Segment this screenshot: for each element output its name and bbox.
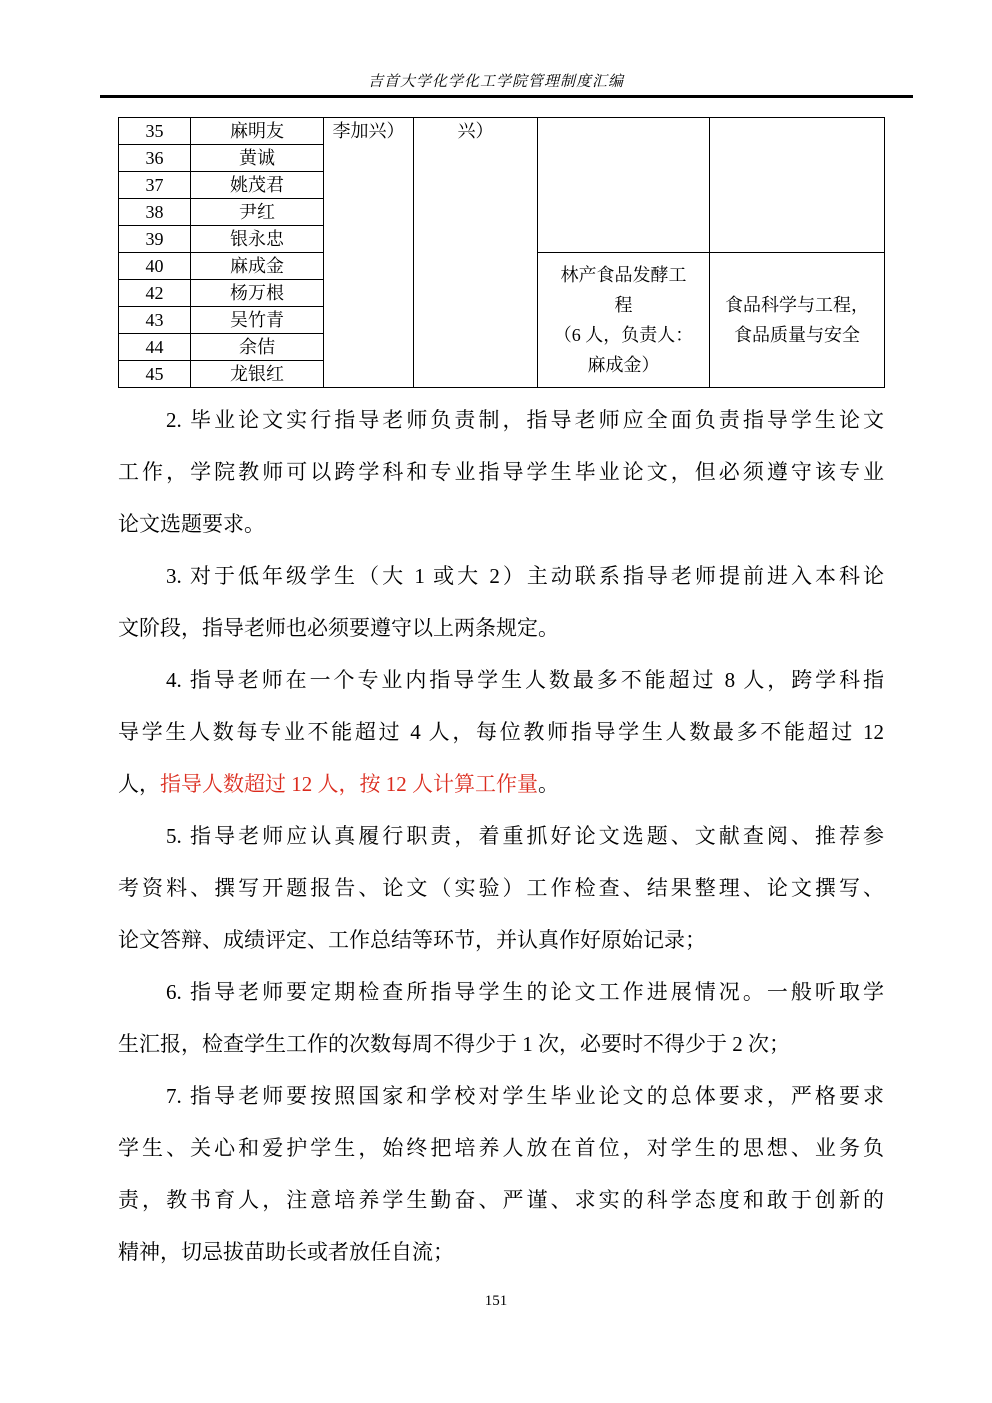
paragraph-7-line-3: 责，教书育人，注意培养学生勤奋、严谨、求实的科学态度和敢于创新的	[118, 1174, 884, 1226]
project-cell: 林产食品发酵工 程 （6 人，负责人： 麻成金）	[538, 253, 710, 388]
table-row: 35麻明友李加兴）兴）	[119, 118, 885, 145]
paragraph-2-line-1: 2. 毕业论文实行指导老师负责制，指导老师应全面负责指导学生论文	[118, 394, 884, 446]
row-number-cell: 35	[119, 118, 191, 145]
row-number-cell: 44	[119, 334, 191, 361]
page-header-title: 吉首大学化学化工学院管理制度汇编	[0, 70, 992, 91]
text-segment: 4. 指导老师在一个专业内指导学生人数最多不能超过 8 人，跨学科指	[166, 668, 884, 692]
major-cell-empty	[710, 118, 885, 253]
paragraph-2-line-2: 工作，学院教师可以跨学科和专业指导学生毕业论文，但必须遵守该专业	[118, 446, 884, 498]
paragraph-3-line-1: 3. 对于低年级学生（大 1 或大 2）主动联系指导老师提前进入本科论	[118, 550, 884, 602]
text-segment: 责，教书育人，注意培养学生勤奋、严谨、求实的科学态度和敢于创新的	[118, 1188, 884, 1212]
text-segment: 7. 指导老师要按照国家和学校对学生毕业论文的总体要求，严格要求	[166, 1084, 884, 1108]
teacher-name-cell: 吴竹青	[191, 307, 324, 334]
paragraph-5-line-2: 考资料、撰写开题报告、论文（实验）工作检查、结果整理、论文撰写、	[118, 862, 884, 914]
row-number-cell: 36	[119, 145, 191, 172]
paragraph-3-line-2: 文阶段，指导老师也必须要遵守以上两条规定。	[118, 602, 884, 654]
text-segment: 考资料、撰写开题报告、论文（实验）工作检查、结果整理、论文撰写、	[118, 876, 884, 900]
paragraph-5-line-1: 5. 指导老师应认真履行职责，着重抓好论文选题、文献查阅、推荐参	[118, 810, 884, 862]
faculty-table: 35麻明友李加兴）兴）36黄诚37姚茂君38尹红39银永忠40麻成金林产食品发酵…	[118, 117, 885, 388]
teacher-name-cell: 余佶	[191, 334, 324, 361]
row-number-cell: 45	[119, 361, 191, 388]
text-segment: 导学生人数每专业不能超过 4 人，每位教师指导学生人数最多不能超过 12	[118, 720, 884, 744]
teacher-name-cell: 龙银红	[191, 361, 324, 388]
paragraph-2-line-3: 论文选题要求。	[118, 498, 884, 550]
red-emphasis-text: 指导人数超过 12 人，按 12 人计算工作量	[160, 772, 538, 796]
group-leader-continued-cell: 兴）	[414, 118, 538, 388]
paragraph-7-line-4: 精神，切忌拔苗助长或者放任自流；	[118, 1226, 884, 1278]
paragraph-6-line-1: 6. 指导老师要定期检查所指导学生的论文工作进展情况。一般听取学	[118, 966, 884, 1018]
teacher-name-cell: 黄诚	[191, 145, 324, 172]
row-number-cell: 42	[119, 280, 191, 307]
teacher-name-cell: 麻明友	[191, 118, 324, 145]
text-segment: 。	[538, 772, 559, 796]
text-segment: 文阶段，指导老师也必须要遵守以上两条规定。	[118, 616, 559, 640]
header-rule	[100, 95, 913, 98]
page-number: 151	[0, 1293, 992, 1310]
paragraph-7-line-1: 7. 指导老师要按照国家和学校对学生毕业论文的总体要求，严格要求	[118, 1070, 884, 1122]
faculty-table-body: 35麻明友李加兴）兴）36黄诚37姚茂君38尹红39银永忠40麻成金林产食品发酵…	[119, 118, 885, 388]
teacher-name-cell: 姚茂君	[191, 172, 324, 199]
text-segment: 人，	[118, 772, 160, 796]
teacher-name-cell: 尹红	[191, 199, 324, 226]
body-text: 2. 毕业论文实行指导老师负责制，指导老师应全面负责指导学生论文工作，学院教师可…	[118, 394, 884, 1278]
text-segment: 5. 指导老师应认真履行职责，着重抓好论文选题、文献查阅、推荐参	[166, 824, 884, 848]
teacher-name-cell: 麻成金	[191, 253, 324, 280]
text-segment: 论文答辩、成绩评定、工作总结等环节，并认真作好原始记录；	[118, 928, 706, 952]
row-number-cell: 37	[119, 172, 191, 199]
text-segment: 生汇报，检查学生工作的次数每周不得少于 1 次，必要时不得少于 2 次；	[118, 1032, 790, 1056]
paragraph-5-line-3: 论文答辩、成绩评定、工作总结等环节，并认真作好原始记录；	[118, 914, 884, 966]
paragraph-6-line-2: 生汇报，检查学生工作的次数每周不得少于 1 次，必要时不得少于 2 次；	[118, 1018, 884, 1070]
row-number-cell: 43	[119, 307, 191, 334]
teacher-name-cell: 银永忠	[191, 226, 324, 253]
row-number-cell: 38	[119, 199, 191, 226]
document-page: 吉首大学化学化工学院管理制度汇编 35麻明友李加兴）兴）36黄诚37姚茂君38尹…	[0, 0, 992, 1403]
text-segment: 精神，切忌拔苗助长或者放任自流；	[118, 1240, 454, 1264]
paragraph-4-line-2: 导学生人数每专业不能超过 4 人，每位教师指导学生人数最多不能超过 12	[118, 706, 884, 758]
text-segment: 论文选题要求。	[118, 512, 265, 536]
text-segment: 2. 毕业论文实行指导老师负责制，指导老师应全面负责指导学生论文	[166, 408, 884, 432]
major-cell: 食品科学与工程， 食品质量与安全	[710, 253, 885, 388]
row-number-cell: 40	[119, 253, 191, 280]
paragraph-7-line-2: 学生、关心和爱护学生，始终把培养人放在首位，对学生的思想、业务负	[118, 1122, 884, 1174]
text-segment: 3. 对于低年级学生（大 1 或大 2）主动联系指导老师提前进入本科论	[166, 564, 884, 588]
text-segment: 工作，学院教师可以跨学科和专业指导学生毕业论文，但必须遵守该专业	[118, 460, 884, 484]
group-leader-cell: 李加兴）	[324, 118, 414, 388]
project-cell-empty	[538, 118, 710, 253]
paragraph-4-line-3: 人，指导人数超过 12 人，按 12 人计算工作量。	[118, 758, 884, 810]
paragraph-4-line-1: 4. 指导老师在一个专业内指导学生人数最多不能超过 8 人，跨学科指	[118, 654, 884, 706]
text-segment: 学生、关心和爱护学生，始终把培养人放在首位，对学生的思想、业务负	[118, 1136, 884, 1160]
text-segment: 6. 指导老师要定期检查所指导学生的论文工作进展情况。一般听取学	[166, 980, 884, 1004]
row-number-cell: 39	[119, 226, 191, 253]
teacher-name-cell: 杨万根	[191, 280, 324, 307]
